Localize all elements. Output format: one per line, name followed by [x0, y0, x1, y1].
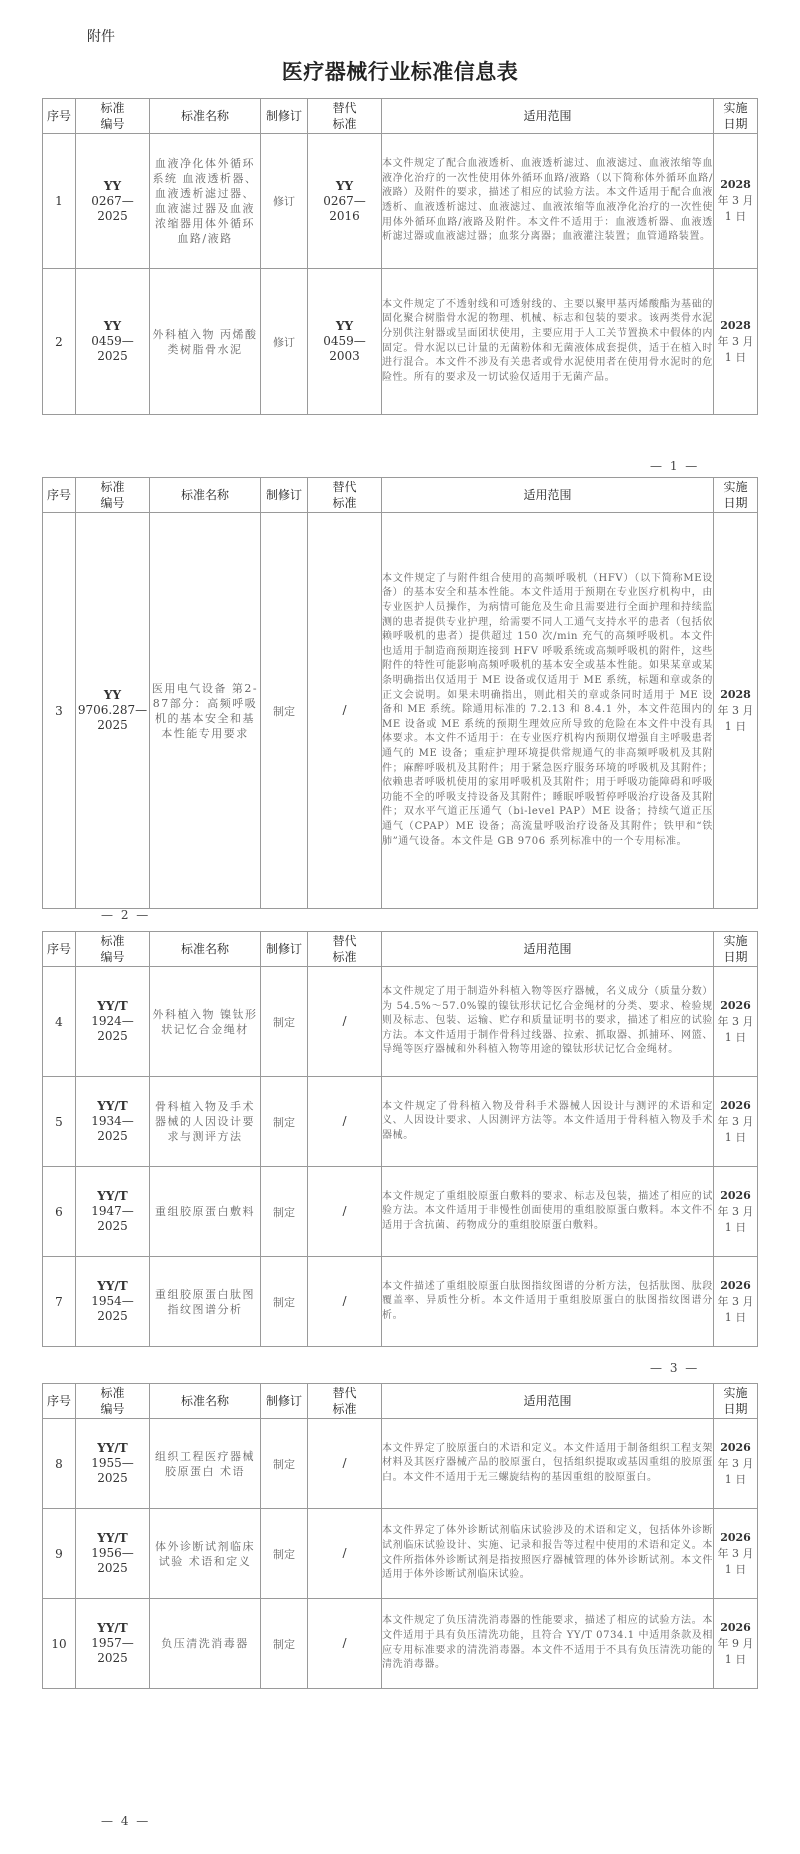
- header-replaced: 替代标准: [308, 932, 382, 967]
- header-date: 实施日期: [714, 932, 758, 967]
- header-date: 实施日期: [714, 478, 758, 513]
- page-number: — 4 —: [101, 1814, 150, 1828]
- table-row: 3 YY9706.287—2025 医用电气设备 第2-87部分：高频呼吸机的基…: [43, 513, 758, 909]
- standard-name: 体外诊断试剂临床试验 术语和定义: [150, 1509, 261, 1599]
- table-row: 10 YY/T1957—2025 负压清洗消毒器 制定 / 本文件规定了负压清洗…: [43, 1599, 758, 1689]
- standard-name: 外科植入物 镍钛形状记忆合金绳材: [150, 967, 261, 1077]
- row-no: 1: [43, 134, 76, 269]
- revision-type: 修订: [261, 269, 308, 415]
- standards-table-page-1: 序号 标准编号 标准名称 制修订 替代标准 适用范围 实施日期 1 YY0267…: [42, 98, 758, 415]
- header-no: 序号: [43, 99, 76, 134]
- scope-text: 本文件界定了体外诊断试剂临床试验涉及的术语和定义，包括体外诊断试剂临床试验设计、…: [382, 1509, 714, 1599]
- row-no: 10: [43, 1599, 76, 1689]
- scope-text: 本文件规定了用于制造外科植入物等医疗器械，名义成分（质量分数）为 54.5%～5…: [382, 967, 714, 1077]
- replaced-standard: /: [308, 513, 382, 909]
- revision-type: 制定: [261, 1599, 308, 1689]
- revision-type: 制定: [261, 1167, 308, 1257]
- header-replaced: 替代标准: [308, 478, 382, 513]
- header-code: 标准编号: [76, 478, 150, 513]
- header-code: 标准编号: [76, 99, 150, 134]
- page-title: 医疗器械行业标准信息表: [0, 56, 800, 86]
- header-scope: 适用范围: [382, 1384, 714, 1419]
- scope-text: 本文件规定了负压清洗消毒器的性能要求，描述了相应的试验方法。本文件适用于具有负压…: [382, 1599, 714, 1689]
- replaced-standard: /: [308, 1509, 382, 1599]
- standard-code: YY/T1956—2025: [76, 1509, 150, 1599]
- replaced-standard: /: [308, 1167, 382, 1257]
- replaced-standard: /: [308, 967, 382, 1077]
- scope-text: 本文件规定了与附件组合使用的高频呼吸机（HFV）（以下简称ME设备）的基本安全和…: [382, 513, 714, 909]
- standards-table-page-3: 序号 标准编号 标准名称 制修订 替代标准 适用范围 实施日期 4 YY/T19…: [42, 931, 758, 1347]
- revision-type: 修订: [261, 134, 308, 269]
- standards-table-page-4: 序号 标准编号 标准名称 制修订 替代标准 适用范围 实施日期 8 YY/T19…: [42, 1383, 758, 1689]
- revision-type: 制定: [261, 1257, 308, 1347]
- row-no: 4: [43, 967, 76, 1077]
- effective-date: 2026年 3 月1 日: [714, 1077, 758, 1167]
- effective-date: 2026年 3 月1 日: [714, 1509, 758, 1599]
- header-no: 序号: [43, 478, 76, 513]
- table-row: 6 YY/T1947—2025 重组胶原蛋白敷料 制定 / 本文件规定了重组胶原…: [43, 1167, 758, 1257]
- standard-name: 外科植入物 丙烯酸类树脂骨水泥: [150, 269, 261, 415]
- table-row: 9 YY/T1956—2025 体外诊断试剂临床试验 术语和定义 制定 / 本文…: [43, 1509, 758, 1599]
- revision-type: 制定: [261, 1419, 308, 1509]
- replaced-standard: YY0267—2016: [308, 134, 382, 269]
- header-name: 标准名称: [150, 99, 261, 134]
- standard-name: 负压清洗消毒器: [150, 1599, 261, 1689]
- scope-text: 本文件规定了骨科植入物及骨科手术器械人因设计与测评的术语和定义、人因设计要求、人…: [382, 1077, 714, 1167]
- scope-text: 本文件规定了重组胶原蛋白敷料的要求、标志及包装，描述了相应的试验方法。本文件适用…: [382, 1167, 714, 1257]
- header-name: 标准名称: [150, 932, 261, 967]
- effective-date: 2026年 3 月1 日: [714, 967, 758, 1077]
- table-row: 2 YY0459—2025 外科植入物 丙烯酸类树脂骨水泥 修订 YY0459—…: [43, 269, 758, 415]
- standard-code: YY/T1954—2025: [76, 1257, 150, 1347]
- header-scope: 适用范围: [382, 932, 714, 967]
- row-no: 6: [43, 1167, 76, 1257]
- standard-name: 重组胶原蛋白肽图指纹图谱分析: [150, 1257, 261, 1347]
- standard-code: YY0459—2025: [76, 269, 150, 415]
- table-row: 1 YY0267—2025 血液净化体外循环系统 血液透析器、血液透析滤过器、血…: [43, 134, 758, 269]
- table-header-row: 序号 标准编号 标准名称 制修订 替代标准 适用范围 实施日期: [43, 478, 758, 513]
- standard-code: YY0267—2025: [76, 134, 150, 269]
- header-type: 制修订: [261, 1384, 308, 1419]
- row-no: 3: [43, 513, 76, 909]
- scope-text: 本文件界定了胶原蛋白的术语和定义。本文件适用于制备组织工程支架材料及其医疗器械产…: [382, 1419, 714, 1509]
- row-no: 8: [43, 1419, 76, 1509]
- header-name: 标准名称: [150, 478, 261, 513]
- replaced-standard: /: [308, 1419, 382, 1509]
- header-no: 序号: [43, 1384, 76, 1419]
- replaced-standard: /: [308, 1257, 382, 1347]
- standard-code: YY/T1924—2025: [76, 967, 150, 1077]
- replaced-standard: YY0459—2003: [308, 269, 382, 415]
- table-row: 7 YY/T1954—2025 重组胶原蛋白肽图指纹图谱分析 制定 / 本文件描…: [43, 1257, 758, 1347]
- row-no: 5: [43, 1077, 76, 1167]
- standard-name: 组织工程医疗器械 胶原蛋白 术语: [150, 1419, 261, 1509]
- scope-text: 本文件规定了不透射线和可透射线的、主要以聚甲基丙烯酸酯为基础的固化聚合树脂骨水泥…: [382, 269, 714, 415]
- standard-name: 重组胶原蛋白敷料: [150, 1167, 261, 1257]
- standards-table-page-2: 序号 标准编号 标准名称 制修订 替代标准 适用范围 实施日期 3 YY9706…: [42, 477, 758, 909]
- scope-text: 本文件规定了配合血液透析、血液透析滤过、血液滤过、血液浓缩等血液净化治疗的一次性…: [382, 134, 714, 269]
- effective-date: 2026年 3 月1 日: [714, 1419, 758, 1509]
- page-number: — 2 —: [101, 908, 150, 922]
- revision-type: 制定: [261, 1509, 308, 1599]
- header-scope: 适用范围: [382, 478, 714, 513]
- header-no: 序号: [43, 932, 76, 967]
- header-replaced: 替代标准: [308, 99, 382, 134]
- table-row: 4 YY/T1924—2025 外科植入物 镍钛形状记忆合金绳材 制定 / 本文…: [43, 967, 758, 1077]
- standard-code: YY/T1957—2025: [76, 1599, 150, 1689]
- replaced-standard: /: [308, 1599, 382, 1689]
- revision-type: 制定: [261, 513, 308, 909]
- standard-code: YY/T1947—2025: [76, 1167, 150, 1257]
- page-number: — 1 —: [650, 459, 699, 473]
- header-code: 标准编号: [76, 1384, 150, 1419]
- header-type: 制修订: [261, 478, 308, 513]
- header-type: 制修订: [261, 932, 308, 967]
- row-no: 2: [43, 269, 76, 415]
- effective-date: 2026年 3 月1 日: [714, 1167, 758, 1257]
- effective-date: 2028年 3 月1 日: [714, 134, 758, 269]
- row-no: 9: [43, 1509, 76, 1599]
- effective-date: 2028年 3 月1 日: [714, 269, 758, 415]
- standard-name: 血液净化体外循环系统 血液透析器、血液透析滤过器、血液滤过器及血液浓缩器用体外循…: [150, 134, 261, 269]
- header-type: 制修订: [261, 99, 308, 134]
- page-number: — 3 —: [650, 1361, 699, 1375]
- header-date: 实施日期: [714, 99, 758, 134]
- header-date: 实施日期: [714, 1384, 758, 1419]
- table-header-row: 序号 标准编号 标准名称 制修订 替代标准 适用范围 实施日期: [43, 99, 758, 134]
- standard-code: YY/T1934—2025: [76, 1077, 150, 1167]
- table-header-row: 序号 标准编号 标准名称 制修订 替代标准 适用范围 实施日期: [43, 932, 758, 967]
- scope-text: 本文件描述了重组胶原蛋白肽图指纹图谱的分析方法，包括肽图、肽段覆盖率、异质性分析…: [382, 1257, 714, 1347]
- header-name: 标准名称: [150, 1384, 261, 1419]
- standard-name: 骨科植入物及手术器械的人因设计要求与测评方法: [150, 1077, 261, 1167]
- header-code: 标准编号: [76, 932, 150, 967]
- effective-date: 2026年 3 月1 日: [714, 1257, 758, 1347]
- effective-date: 2026年 9 月1 日: [714, 1599, 758, 1689]
- table-header-row: 序号 标准编号 标准名称 制修订 替代标准 适用范围 实施日期: [43, 1384, 758, 1419]
- header-replaced: 替代标准: [308, 1384, 382, 1419]
- effective-date: 2028年 3 月1 日: [714, 513, 758, 909]
- table-row: 5 YY/T1934—2025 骨科植入物及手术器械的人因设计要求与测评方法 制…: [43, 1077, 758, 1167]
- revision-type: 制定: [261, 967, 308, 1077]
- header-scope: 适用范围: [382, 99, 714, 134]
- attachment-label: 附件: [87, 26, 115, 46]
- revision-type: 制定: [261, 1077, 308, 1167]
- replaced-standard: /: [308, 1077, 382, 1167]
- row-no: 7: [43, 1257, 76, 1347]
- standard-code: YY/T1955—2025: [76, 1419, 150, 1509]
- table-row: 8 YY/T1955—2025 组织工程医疗器械 胶原蛋白 术语 制定 / 本文…: [43, 1419, 758, 1509]
- standard-code: YY9706.287—2025: [76, 513, 150, 909]
- standard-name: 医用电气设备 第2-87部分：高频呼吸机的基本安全和基本性能专用要求: [150, 513, 261, 909]
